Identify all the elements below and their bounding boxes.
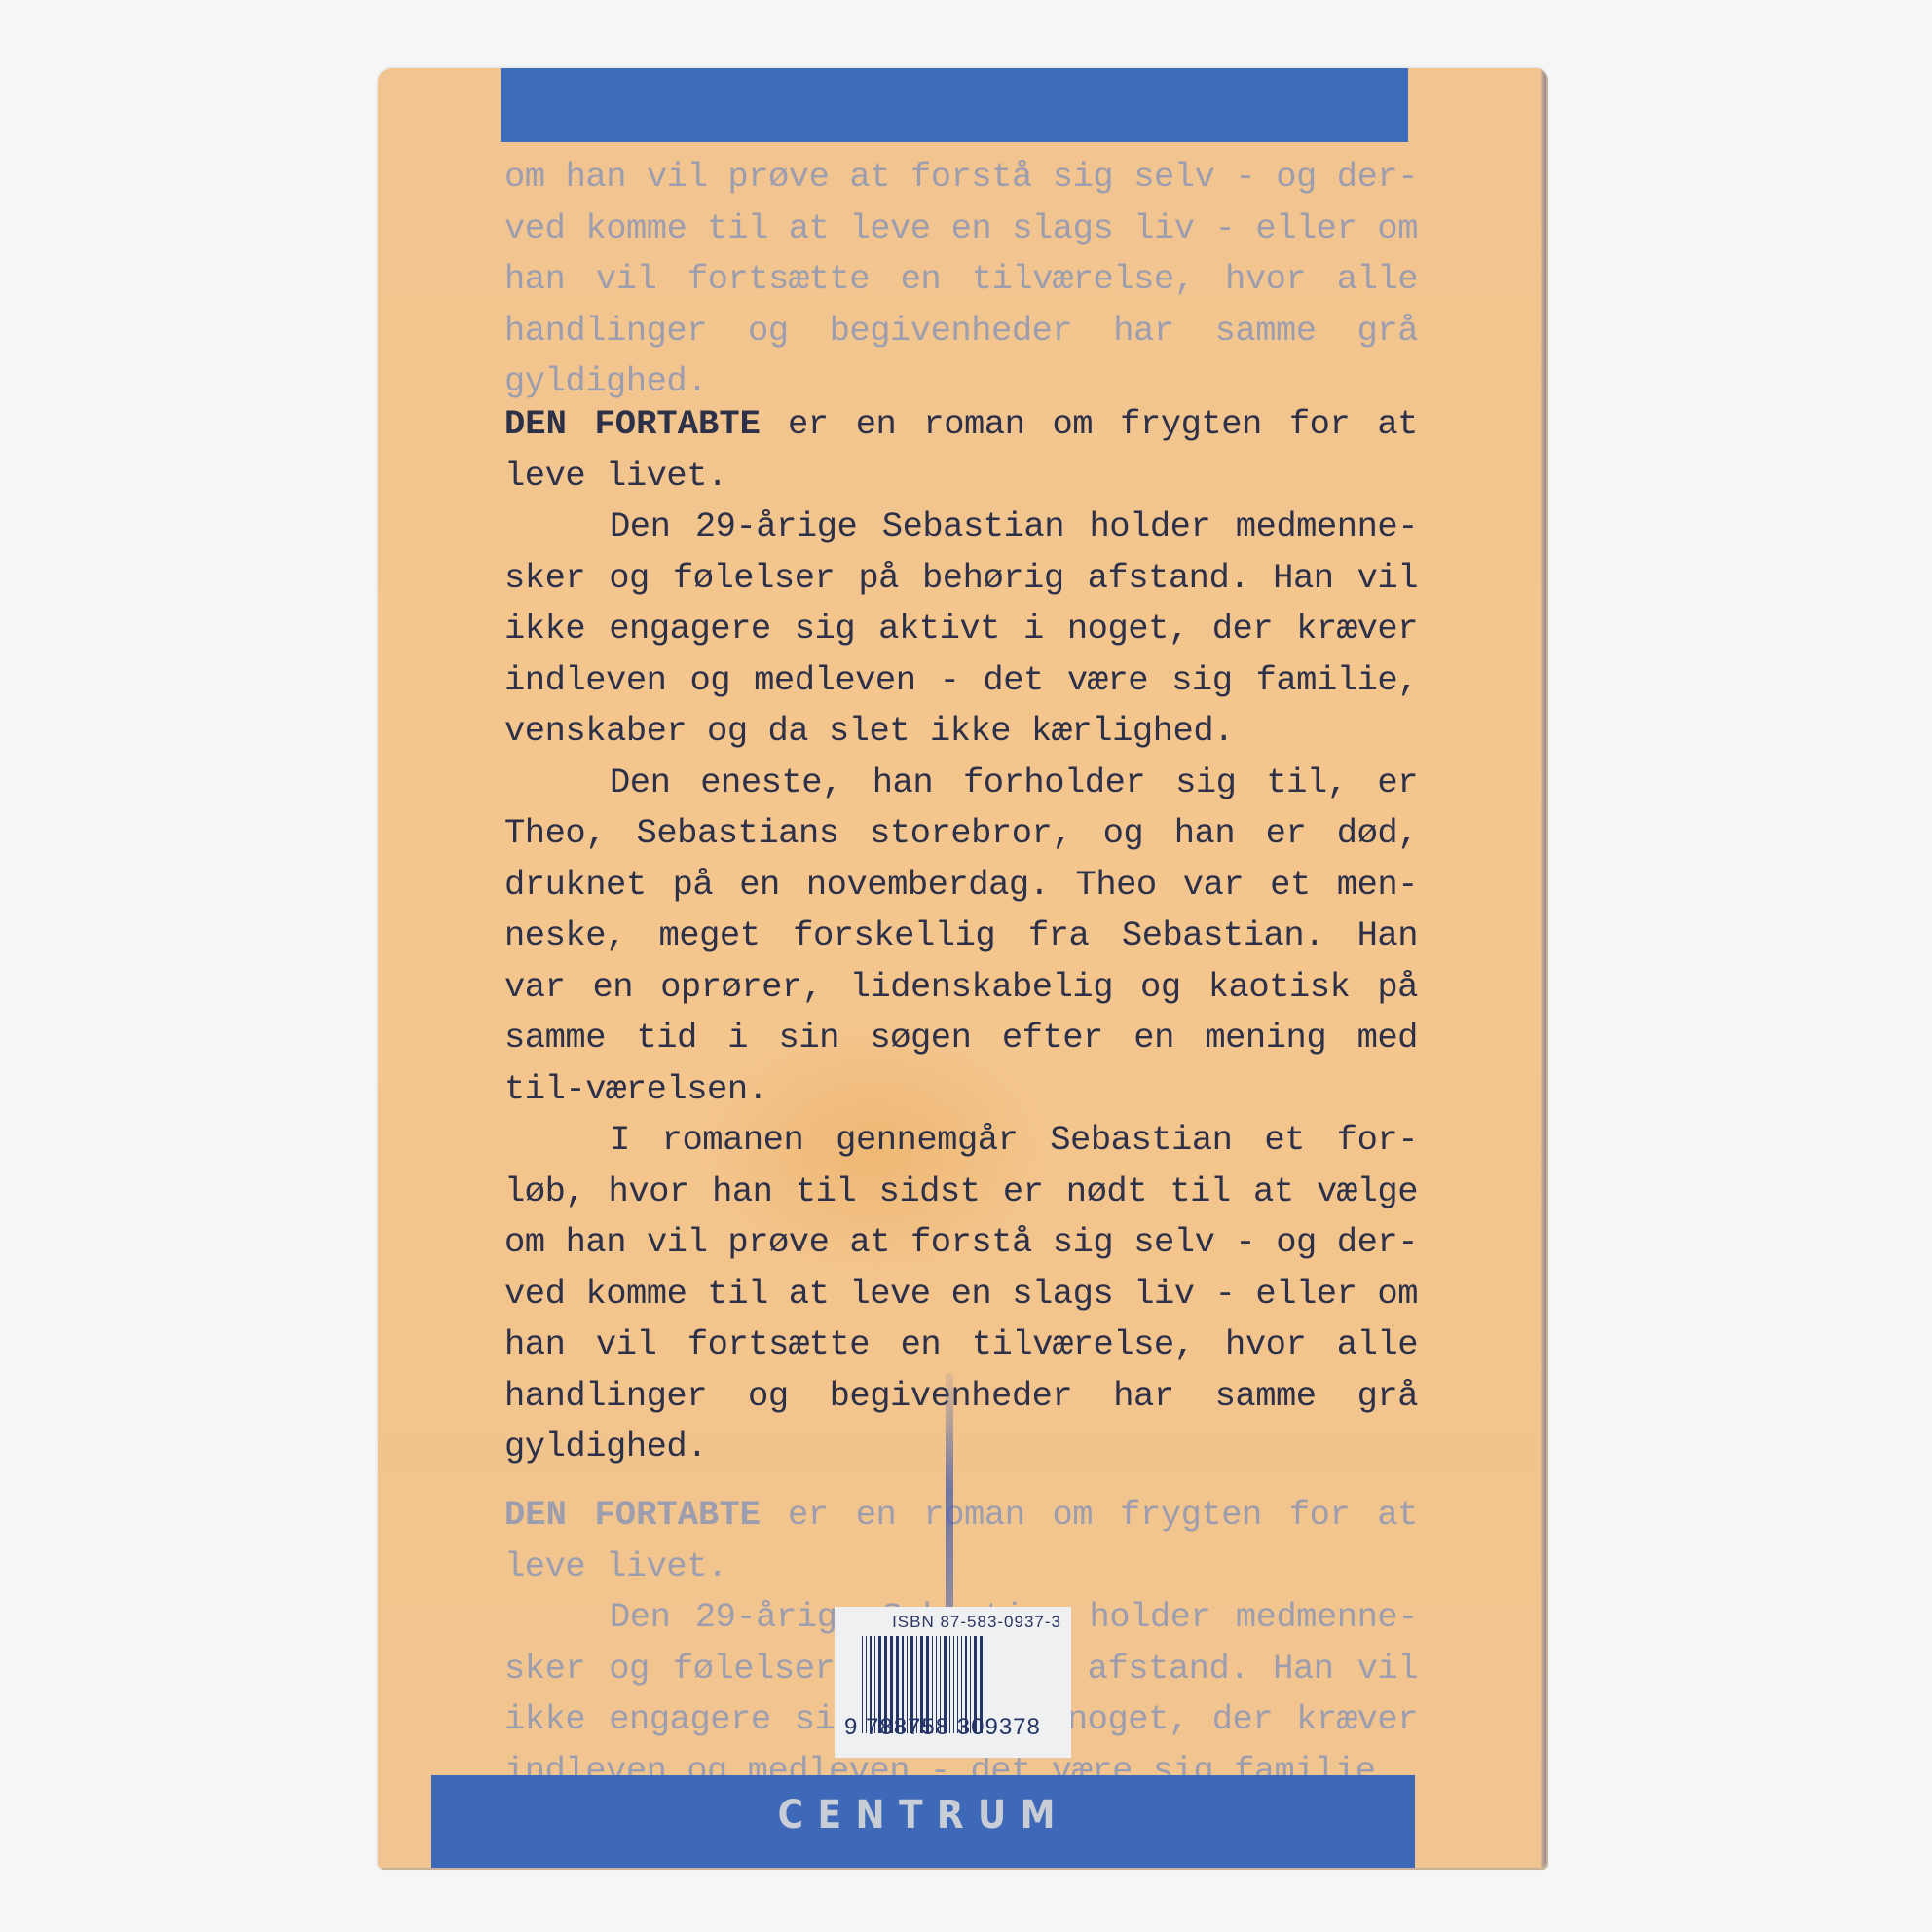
ean-digits: 9 788758 309378: [844, 1714, 1041, 1741]
faded-blurb-top: om han vil prøve at forstå sig selv - og…: [504, 152, 1418, 408]
faded-paragraph: om han vil prøve at forstå sig selv - og…: [504, 152, 1418, 408]
blurb-intro: DEN FORTABTE er en roman om frygten for …: [504, 399, 1418, 502]
faded-intro: DEN FORTABTE er en roman om frygten for …: [504, 1490, 1418, 1592]
blurb-paragraph: I romanen gennemgår Sebastian et for-løb…: [504, 1115, 1418, 1473]
blurb-paragraph: Den eneste, han forholder sig til, er Th…: [504, 758, 1418, 1116]
book-title: DEN FORTABTE: [504, 404, 761, 444]
faded-book-title: DEN FORTABTE: [504, 1495, 761, 1535]
bottom-blue-band: CENTRUM: [431, 1775, 1415, 1868]
publisher-logo: CENTRUM: [777, 1793, 1068, 1838]
top-blue-band: [501, 68, 1408, 142]
barcode-label: ISBN 87-583-0937-3 9 788758 309378: [835, 1607, 1071, 1758]
isbn-text: ISBN 87-583-0937-3: [844, 1613, 1061, 1632]
blurb-paragraph: Den 29-årige Sebastian holder medmenne-s…: [504, 502, 1418, 758]
book-back-cover: om han vil prøve at forstå sig selv - og…: [378, 68, 1546, 1868]
blurb-main: DEN FORTABTE er en roman om frygten for …: [504, 399, 1418, 1473]
